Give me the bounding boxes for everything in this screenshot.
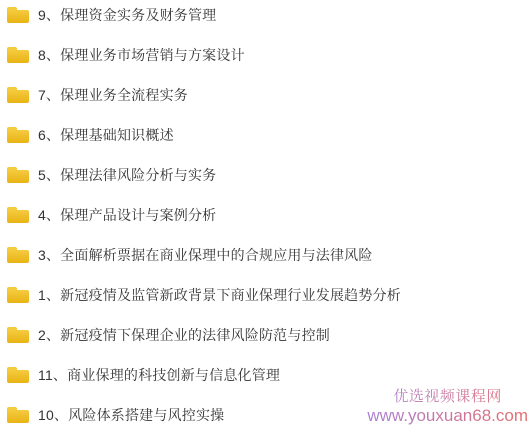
folder-icon xyxy=(7,170,29,183)
folder-label: 1、新冠疫情及监管新政背景下商业保理行业发展趋势分析 xyxy=(38,285,401,305)
folder-label: 4、保理产品设计与案例分析 xyxy=(38,205,216,225)
folder-label: 8、保理业务市场营销与方案设计 xyxy=(38,45,245,65)
list-item[interactable]: 5、保理法律风险分析与实务 xyxy=(0,155,532,195)
folder-icon xyxy=(7,90,29,103)
folder-icon xyxy=(7,370,29,383)
folder-label: 7、保理业务全流程实务 xyxy=(38,85,188,105)
folder-icon xyxy=(7,210,29,223)
folder-label: 5、保理法律风险分析与实务 xyxy=(38,165,216,185)
list-item[interactable]: 11、商业保理的科技创新与信息化管理 xyxy=(0,355,532,395)
list-item[interactable]: 1、新冠疫情及监管新政背景下商业保理行业发展趋势分析 xyxy=(0,275,532,315)
folder-icon xyxy=(7,130,29,143)
folder-label: 9、保理资金实务及财务管理 xyxy=(38,5,216,25)
folder-label: 10、风险体系搭建与风控实操 xyxy=(38,405,224,425)
list-item[interactable]: 7、保理业务全流程实务 xyxy=(0,75,532,115)
folder-icon xyxy=(7,410,29,423)
list-item[interactable]: 10、风险体系搭建与风控实操 xyxy=(0,395,532,435)
folder-list: 9、保理资金实务及财务管理 8、保理业务市场营销与方案设计 7、保理业务全流程实… xyxy=(0,0,532,435)
list-item[interactable]: 6、保理基础知识概述 xyxy=(0,115,532,155)
list-item[interactable]: 2、新冠疫情下保理企业的法律风险防范与控制 xyxy=(0,315,532,355)
list-item[interactable]: 9、保理资金实务及财务管理 xyxy=(0,0,532,35)
folder-label: 11、商业保理的科技创新与信息化管理 xyxy=(38,365,280,385)
folder-icon xyxy=(7,290,29,303)
list-item[interactable]: 3、全面解析票据在商业保理中的合规应用与法律风险 xyxy=(0,235,532,275)
folder-label: 3、全面解析票据在商业保理中的合规应用与法律风险 xyxy=(38,245,373,265)
folder-icon xyxy=(7,330,29,343)
folder-label: 2、新冠疫情下保理企业的法律风险防范与控制 xyxy=(38,325,330,345)
list-item[interactable]: 8、保理业务市场营销与方案设计 xyxy=(0,35,532,75)
list-item[interactable]: 4、保理产品设计与案例分析 xyxy=(0,195,532,235)
folder-label: 6、保理基础知识概述 xyxy=(38,125,174,145)
folder-icon xyxy=(7,250,29,263)
folder-icon xyxy=(7,10,29,23)
folder-icon xyxy=(7,50,29,63)
